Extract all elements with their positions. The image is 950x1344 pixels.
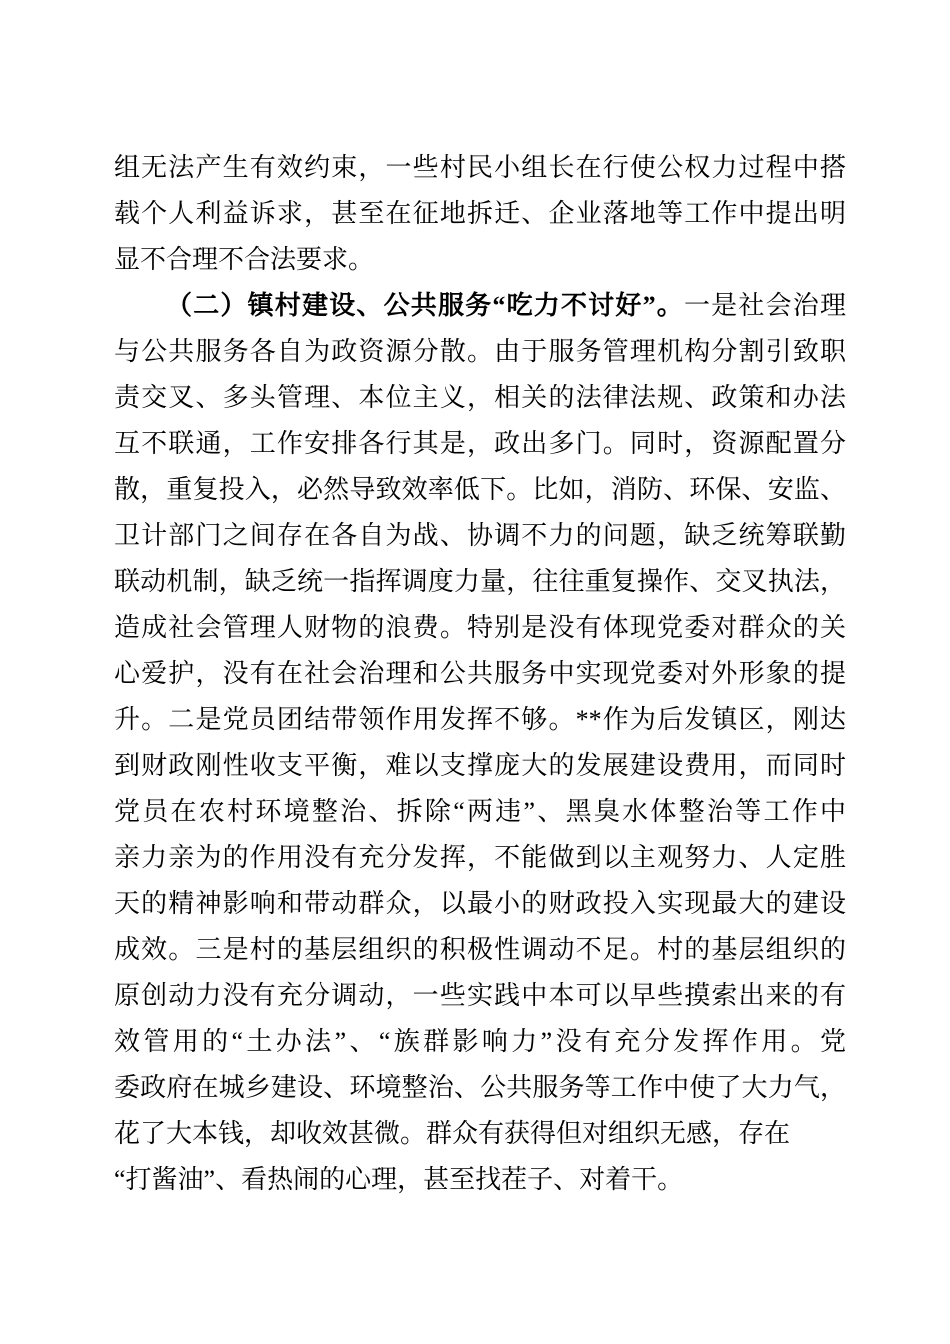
body-text: 显不合理不合法要求。 [114,245,374,274]
text-line: 效管用的“土办法”、“族群影响力”没有充分发挥作用。党 [114,1019,846,1065]
body-text: 载个人利益诉求，甚至在征地拆迁、企业落地等工作中提出明 [114,199,846,228]
body-text: 亲力亲为的作用没有充分发挥，不能做到以主观努力、人定胜 [114,843,846,872]
body-text: “打酱油”、看热闹的心理，甚至找茬子、对着干。 [114,1165,683,1194]
text-line: 成效。三是村的基层组织的积极性调动不足。村的基层组织的 [114,927,846,973]
text-line: 到财政刚性收支平衡，难以支撑庞大的发展建设费用，而同时 [114,743,846,789]
text-line: 委政府在城乡建设、环境整治、公共服务等工作中使了大力气， [114,1065,846,1111]
body-text: 升。二是党员团结带领作用发挥不够。**作为后发镇区，刚达 [114,705,846,734]
text-line: 天的精神影响和带动群众，以最小的财政投入实现最大的建设 [114,881,846,927]
body-text: 成效。三是村的基层组织的积极性调动不足。村的基层组织的 [114,935,846,964]
text-line: 互不联通，工作安排各行其是，政出多门。同时，资源配置分 [114,421,846,467]
text-line: （二）镇村建设、公共服务“吃力不讨好”。一是社会治理 [114,283,846,329]
text-line: 心爱护，没有在社会治理和公共服务中实现党委对外形象的提 [114,651,846,697]
body-text: 与公共服务各自为政资源分散。由于服务管理机构分割引致职 [114,337,846,366]
text-line: 责交叉、多头管理、本位主义，相关的法律法规、政策和办法 [114,375,846,421]
body-text: 一是社会治理 [684,291,846,320]
body-text: 委政府在城乡建设、环境整治、公共服务等工作中使了大力气， [114,1073,846,1102]
body-text: 心爱护，没有在社会治理和公共服务中实现党委对外形象的提 [114,659,846,688]
body-text: 散，重复投入，必然导致效率低下。比如，消防、环保、安监、 [114,475,846,504]
body-text: 效管用的“土办法”、“族群影响力”没有充分发挥作用。党 [114,1027,846,1056]
paragraph-continuation: 组无法产生有效约束，一些村民小组长在行使公权力过程中搭载个人利益诉求，甚至在征地… [114,145,846,283]
section-heading-text: （二）镇村建设、公共服务“吃力不讨好”。 [166,291,684,320]
text-line: 党员在农村环境整治、拆除“两违”、黑臭水体整治等工作中 [114,789,846,835]
text-line: 与公共服务各自为政资源分散。由于服务管理机构分割引致职 [114,329,846,375]
text-line: 造成社会管理人财物的浪费。特别是没有体现党委对群众的关 [114,605,846,651]
body-text: 党员在农村环境整治、拆除“两违”、黑臭水体整治等工作中 [114,797,846,826]
text-line: 联动机制，缺乏统一指挥调度力量，往往重复操作、交叉执法， [114,559,846,605]
body-text: 卫计部门之间存在各自为战、协调不力的问题，缺乏统筹联勤 [114,521,846,550]
body-text: 天的精神影响和带动群众，以最小的财政投入实现最大的建设 [114,889,846,918]
text-line: 亲力亲为的作用没有充分发挥，不能做到以主观努力、人定胜 [114,835,846,881]
text-line: “打酱油”、看热闹的心理，甚至找茬子、对着干。 [114,1157,846,1203]
document-text-body: 组无法产生有效约束，一些村民小组长在行使公权力过程中搭载个人利益诉求，甚至在征地… [114,145,846,1203]
text-line: 组无法产生有效约束，一些村民小组长在行使公权力过程中搭 [114,145,846,191]
text-line: 显不合理不合法要求。 [114,237,846,283]
document-page: 组无法产生有效约束，一些村民小组长在行使公权力过程中搭载个人利益诉求，甚至在征地… [0,0,950,1344]
text-line: 卫计部门之间存在各自为战、协调不力的问题，缺乏统筹联勤 [114,513,846,559]
text-line: 升。二是党员团结带领作用发挥不够。**作为后发镇区，刚达 [114,697,846,743]
body-text: 花了大本钱，却收效甚微。群众有获得但对组织无感，存在 [114,1119,790,1148]
text-line: 载个人利益诉求，甚至在征地拆迁、企业落地等工作中提出明 [114,191,846,237]
body-text: 原创动力没有充分调动，一些实践中本可以早些摸索出来的有 [114,981,846,1010]
body-text: 造成社会管理人财物的浪费。特别是没有体现党委对群众的关 [114,613,846,642]
text-line: 散，重复投入，必然导致效率低下。比如，消防、环保、安监、 [114,467,846,513]
paragraph-section-two: （二）镇村建设、公共服务“吃力不讨好”。一是社会治理与公共服务各自为政资源分散。… [114,283,846,1203]
body-text: 组无法产生有效约束，一些村民小组长在行使公权力过程中搭 [114,153,846,182]
body-text: 到财政刚性收支平衡，难以支撑庞大的发展建设费用，而同时 [114,751,846,780]
body-text: 互不联通，工作安排各行其是，政出多门。同时，资源配置分 [114,429,846,458]
text-line: 花了大本钱，却收效甚微。群众有获得但对组织无感，存在 [114,1111,846,1157]
body-text: 责交叉、多头管理、本位主义，相关的法律法规、政策和办法 [114,383,846,412]
body-text: 联动机制，缺乏统一指挥调度力量，往往重复操作、交叉执法， [114,567,846,596]
text-line: 原创动力没有充分调动，一些实践中本可以早些摸索出来的有 [114,973,846,1019]
